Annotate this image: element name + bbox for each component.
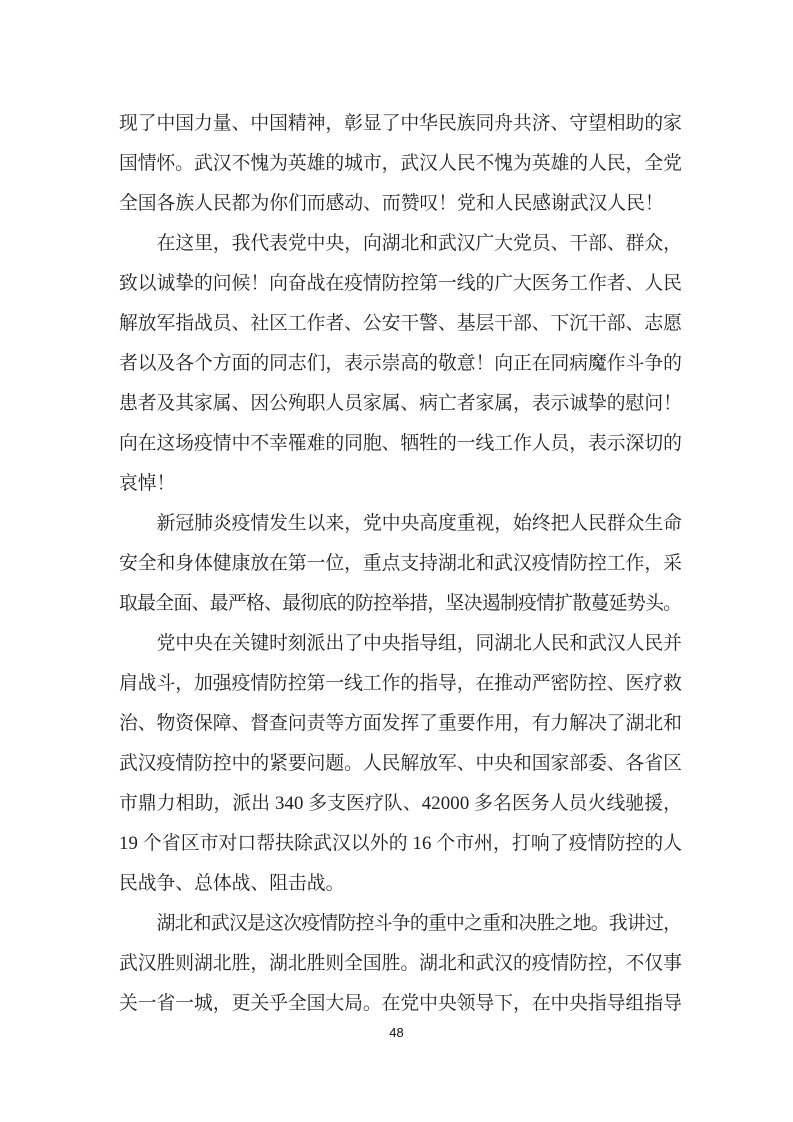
text-line: 19 个省区市对口帮扶除武汉以外的 16 个市州，打响了疫情防控的人: [119, 824, 682, 864]
text-line: 向在这场疫情中不幸罹难的同胞、牺牲的一线工作人员，表示深切的: [119, 424, 682, 464]
text-line: 现了中国力量、中国精神，彰显了中华民族同舟共济、守望相助的家: [119, 104, 682, 144]
paragraph: 党中央在关键时刻派出了中央指导组，同湖北人民和武汉人民并 肩战斗，加强疫情防控第…: [119, 624, 682, 904]
paragraph: 在这里，我代表党中央，向湖北和武汉广大党员、干部、群众， 致以诚挚的问候！向奋战…: [119, 224, 682, 504]
document-page: 现了中国力量、中国精神，彰显了中华民族同舟共济、守望相助的家 国情怀。武汉不愧为…: [0, 0, 793, 1122]
text-line: 者以及各个方面的同志们，表示崇高的敬意！向正在同病魔作斗争的: [119, 344, 682, 384]
text-line: 安全和身体健康放在第一位，重点支持湖北和武汉疫情防控工作，采: [119, 544, 682, 584]
text-line: 患者及其家属、因公殉职人员家属、病亡者家属，表示诚挚的慰问！: [119, 384, 682, 424]
text-line: 治、物资保障、督查问责等方面发挥了重要作用，有力解决了湖北和: [119, 704, 682, 744]
text-line: 党中央在关键时刻派出了中央指导组，同湖北人民和武汉人民并: [119, 624, 682, 664]
paragraph: 新冠肺炎疫情发生以来，党中央高度重视，始终把人民群众生命 安全和身体健康放在第一…: [119, 504, 682, 624]
text-line: 新冠肺炎疫情发生以来，党中央高度重视，始终把人民群众生命: [119, 504, 682, 544]
text-line: 湖北和武汉是这次疫情防控斗争的重中之重和决胜之地。我讲过，: [119, 904, 682, 944]
text-line: 致以诚挚的问候！向奋战在疫情防控第一线的广大医务工作者、人民: [119, 264, 682, 304]
text-line: 取最全面、最严格、最彻底的防控举措，坚决遏制疫情扩散蔓延势头。: [119, 584, 682, 624]
text-line: 国情怀。武汉不愧为英雄的城市，武汉人民不愧为英雄的人民，全党: [119, 144, 682, 184]
text-line: 肩战斗，加强疫情防控第一线工作的指导，在推动严密防控、医疗救: [119, 664, 682, 704]
text-line: 在这里，我代表党中央，向湖北和武汉广大党员、干部、群众，: [119, 224, 682, 264]
paragraph: 湖北和武汉是这次疫情防控斗争的重中之重和决胜之地。我讲过， 武汉胜则湖北胜，湖北…: [119, 904, 682, 1024]
text-line: 关一省一城，更关乎全国大局。在党中央领导下，在中央指导组指导: [119, 984, 682, 1024]
text-line: 武汉胜则湖北胜，湖北胜则全国胜。湖北和武汉的疫情防控，不仅事: [119, 944, 682, 984]
page-number: 48: [389, 1025, 403, 1040]
page-footer: 48: [0, 1023, 793, 1043]
text-line: 解放军指战员、社区工作者、公安干警、基层干部、下沉干部、志愿: [119, 304, 682, 344]
text-line: 哀悼！: [119, 464, 682, 504]
paragraph: 现了中国力量、中国精神，彰显了中华民族同舟共济、守望相助的家 国情怀。武汉不愧为…: [119, 104, 682, 224]
text-line: 武汉疫情防控中的紧要问题。人民解放军、中央和国家部委、各省区: [119, 744, 682, 784]
text-block: 现了中国力量、中国精神，彰显了中华民族同舟共济、守望相助的家 国情怀。武汉不愧为…: [119, 104, 682, 1024]
text-line: 市鼎力相助，派出 340 多支医疗队、42000 多名医务人员火线驰援，: [119, 784, 682, 824]
text-line: 全国各族人民都为你们而感动、而赞叹！党和人民感谢武汉人民！: [119, 184, 682, 224]
text-line: 民战争、总体战、阻击战。: [119, 864, 682, 904]
